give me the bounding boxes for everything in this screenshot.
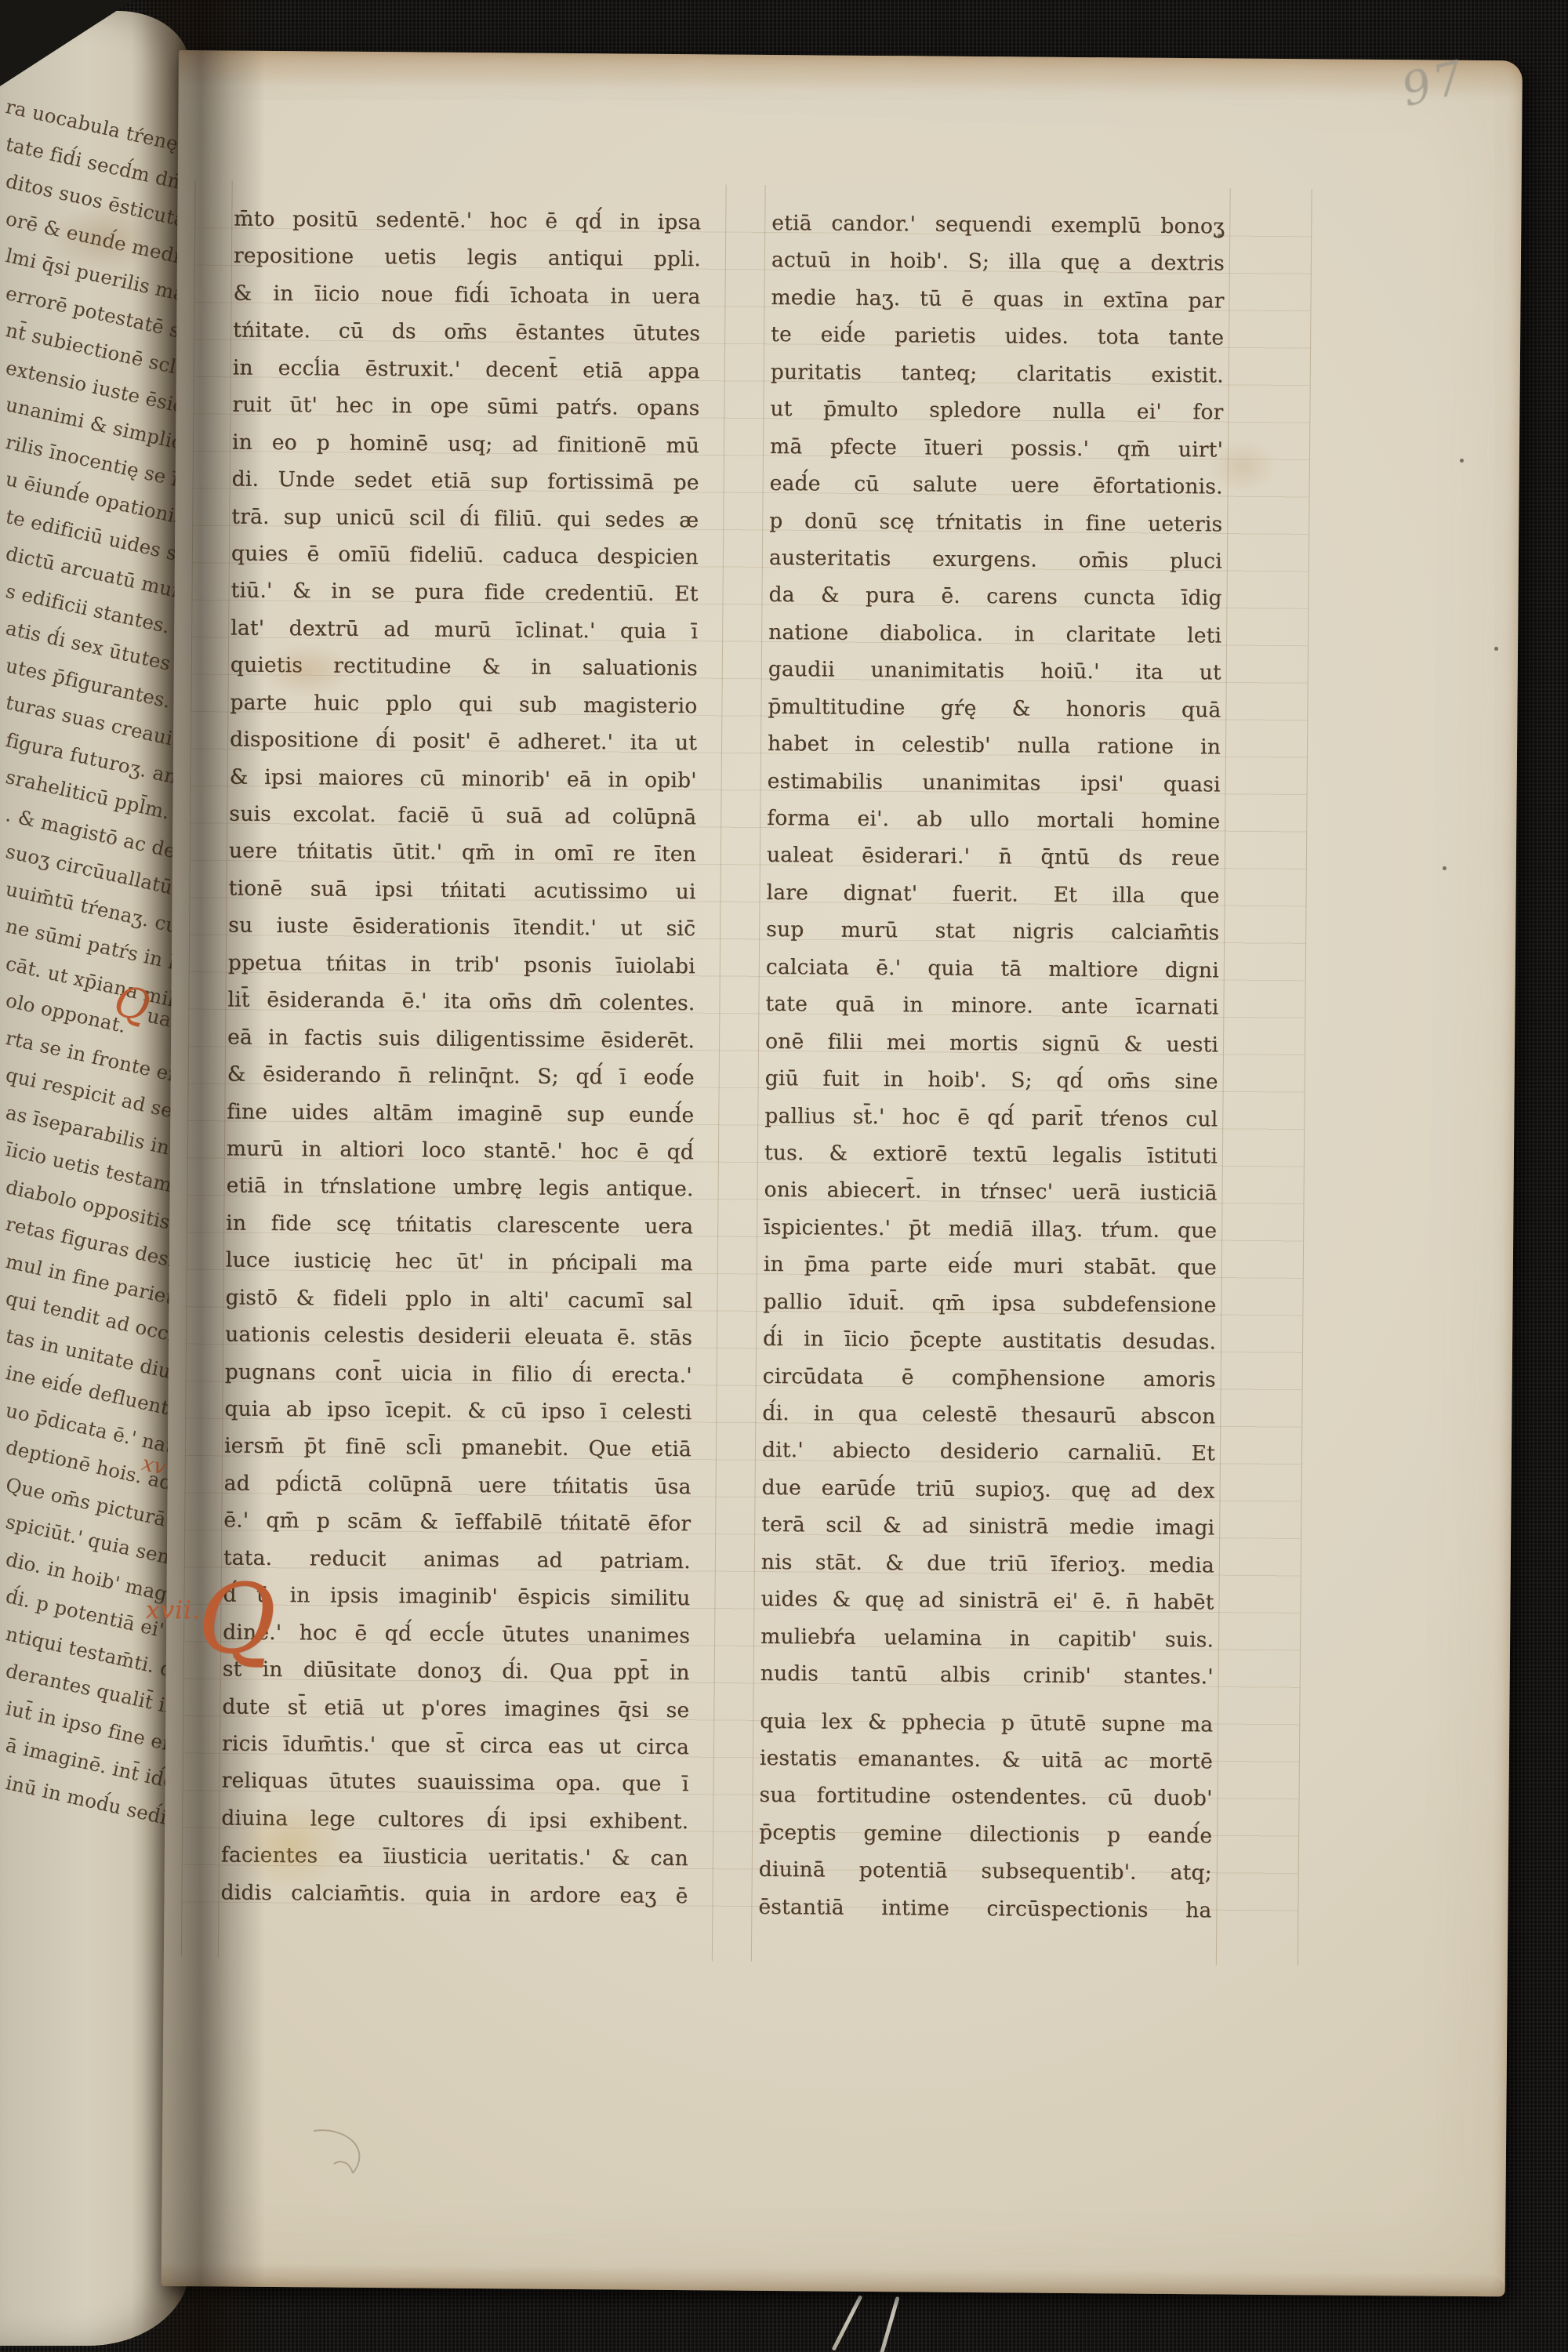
text-line: estimabilis unanimitas ipsi' quasi [768, 762, 1221, 803]
text-line: tate quā in minore. ante īcarnati [765, 985, 1218, 1026]
right-text-column: etiā candor.' sequendi exemplū bonoʒactu… [758, 205, 1225, 1929]
text-line: in p̄ma parte eid́e muri stabāt. que [764, 1246, 1217, 1287]
text-line: parte huic pplo qui sub magisterio [230, 684, 697, 724]
facing-page-text: ra uocabula tŕenę sertate fid́i secd́m d… [0, 86, 190, 1799]
text-line: & in īicio noue fid́i īchoata in uera [233, 274, 700, 315]
text-line: quia ab ipso īcepit. & cū ipso ī celesti [224, 1391, 691, 1432]
text-line: in eo p hominē usq; ad finitionē mū [232, 423, 699, 464]
text-line: fine uides altām imaginē sup eund́e [227, 1093, 694, 1134]
text-line: d́i. in qua celestē thesaurū abscon [762, 1395, 1215, 1436]
text-line: dispositione d́i posit' ē adheret.' ita … [230, 721, 697, 762]
chapter-number-xvii: xvii. [146, 1596, 201, 1624]
text-line: eā in factis suis diligentissime ēsiderē… [227, 1018, 695, 1059]
text-line: facientes ea īiusticia ueritatis.' & can [221, 1837, 688, 1878]
text-line: austeritatis exurgens. om̄is pluci [769, 539, 1222, 580]
text-line: īspicientes.' p̄t mediā illaʒ. tŕum. que [764, 1209, 1217, 1250]
text-line: giū fuit in hoib'. S; qd́ om̄s sine [765, 1060, 1218, 1101]
text-line: didis calciam̄tis. quia in ardore eaʒ ē [220, 1874, 688, 1915]
ink-speck [1494, 647, 1498, 651]
text-line: d́i in īicio p̄cepte austitatis desudas. [763, 1320, 1216, 1361]
text-line: m̄to positū sedentē.' hoc ē qd́ in ipsa [234, 201, 701, 241]
text-line: st̄ in diūsitate donoʒ d́i. Qua ppt̄ in [223, 1651, 690, 1692]
text-line: p donū scę tŕnitatis in fine ueteris [769, 502, 1222, 543]
text-line: uere tńitatis ūtit.' qm̄ in omī re īten [229, 833, 696, 873]
text-line: uationis celestis desiderii eleuata ē. s… [225, 1316, 692, 1357]
text-line: due earūd́e triū supioʒ. quę ad dex [761, 1469, 1214, 1510]
text-line: p̄ceptis gemine dilectionis p eand́e [759, 1814, 1212, 1855]
text-line: calciata ē.' quia tā maltiore digni [766, 949, 1219, 989]
text-line: iersm̄ p̄t finē scl̄i pmanebit. Que etiā [224, 1428, 691, 1468]
text-line: diuinā potentiā subsequentib'. atq; [759, 1851, 1212, 1892]
text-line: in eccĺia ēstruxit.' decent̄ etiā appa [233, 349, 700, 390]
ink-speck [1460, 459, 1464, 463]
text-line: habet in celestib' nulla ratione in [768, 725, 1221, 766]
pen-trial-mark [298, 2125, 384, 2211]
facing-page-strip: ra uocabula tŕenę sertate fid́i secd́m d… [0, 11, 190, 2346]
text-line: circūdata ē comp̄hensione amoris [763, 1357, 1216, 1398]
text-line: iestatis emanantes. & uitā ac mortē [760, 1740, 1213, 1780]
text-line: tiū.' & in se pura fide credentiū. Et [230, 572, 698, 613]
text-line: quietis rectitudine & in saluationis [230, 647, 698, 688]
text-line: & ēsiderando n̄ relinq̄nt. S; qd́ ī eod́… [227, 1056, 695, 1097]
text-line: actuū in hoib'. S; illa quę a dextris [771, 241, 1225, 282]
text-line: nis stāt. & due triū īferioʒ. media [761, 1544, 1214, 1584]
text-line: etiā in tŕnslatione umbrę legis antique. [226, 1167, 693, 1208]
text-line: ē.' qm̄ p scām & īeffabilē tńitatē ēfor [223, 1502, 691, 1543]
text-line: ruit ūt' hec in ope sūmi patŕs. opans [232, 387, 699, 427]
manuscript-page: m̄to positū sedentē.' hoc ē qd́ in ipsar… [162, 50, 1523, 2296]
text-line: di. Unde sedet etiā sup fortissimā pe [232, 461, 699, 502]
text-line: dit.' abiecto desiderio carnaliū. Et [762, 1432, 1215, 1472]
text-line: gaudii unanimitatis hoiū.' ita ut [768, 651, 1221, 691]
text-line: tionē suā ipsi tńitati acutissimo ui [228, 869, 695, 910]
text-line: ad pd́ictā colūpnā uere tńitatis ūsa [223, 1465, 691, 1505]
text-line: dute st̄ etiā ut p'ores imagines q̄si se [222, 1688, 689, 1729]
text-line: diuina lege cultores d́i ipsi exhibent. [221, 1799, 688, 1840]
text-line: lare dignat' fuerit. Et illa que [766, 874, 1219, 915]
ink-speck [1218, 234, 1221, 238]
text-line: tata. reducit animas ad patriam. [223, 1539, 691, 1580]
text-line: repositione uetis legis antiqui ppli. [234, 238, 701, 278]
text-line: ead́e cū salute uere ēfortationis. [769, 465, 1222, 506]
text-line: etiā candor.' sequendi exemplū bonoʒ [771, 205, 1225, 245]
text-line: luce iusticię hec ūt' in pńcipali ma [226, 1242, 693, 1283]
text-line: reliquas ūtutes suauissima opa. que ī [221, 1762, 688, 1803]
text-line: ut p̄multo spledore nulla ei' for [770, 390, 1223, 431]
text-line: quia lex & pphecia p ūtutē supne ma [760, 1702, 1213, 1743]
text-line: p̄multitudine gŕę & honoris quā [768, 688, 1221, 729]
text-line: su iuste ēsiderationis ītendit.' ut sic̄ [228, 907, 695, 948]
text-line: onis abiecert̄. in tŕnsec' uerā iusticiā [764, 1171, 1217, 1212]
text-line: medie haʒ. tū ē quas in extīna par [771, 279, 1224, 320]
text-line: tńitate. cū ds om̄s ēstantes ūtutes [233, 312, 700, 353]
text-line: pugnans cont̄ uicia in filio d́i erecta.… [225, 1353, 692, 1394]
text-line: suis excolat. faciē ū suā ad colūpnā [229, 796, 696, 837]
text-line: sup murū stat nigris calciam̄tis [766, 911, 1219, 952]
text-line: puritatis tanteq; claritatis existit. [771, 354, 1224, 394]
facing-initial-following: ua [145, 1004, 174, 1032]
text-line: mā pfecte ītueri possis.' qm̄ uirt' [770, 428, 1223, 469]
text-line: terā scil & ad sinistrā medie imagi [761, 1506, 1214, 1547]
ink-speck [1443, 866, 1446, 870]
text-line: da & pura ē. carens cuncta īdig [768, 576, 1221, 617]
text-line: trā. sup unicū scil d́i filiū. qui sedes… [231, 498, 699, 539]
text-line: gistō & fideli pplo in alti' cacumī sal [225, 1279, 692, 1319]
text-line: te eid́e parietis uides. tota tante [771, 316, 1224, 357]
text-line: sua fortitudine ostendentes. cū duob' [759, 1777, 1212, 1817]
text-line: natione diabolica. in claritate leti [768, 614, 1221, 655]
text-line: uides & quę ad sinistrā ei' ē. n̄ habēt [760, 1581, 1214, 1621]
text-line: pallius st̄.' hoc ē qd́ parit̄ tŕenos cu… [764, 1097, 1218, 1138]
text-line: ricis īdum̄tis.' que st̄ circa eas ut ci… [222, 1725, 689, 1766]
manuscript-photo: ra uocabula tŕenę sertate fid́i secd́m d… [0, 0, 1568, 2352]
text-line: & ipsi maiores cū minorib' eā in opib' [230, 758, 697, 799]
rubric-initial-q: Q [198, 1571, 276, 1667]
text-line: nudis tantū albis crinib' stantes.' [760, 1655, 1214, 1696]
text-line: d́ ū in ipsis imaginib' ēspicis similitu [223, 1577, 690, 1617]
text-line: tus. & extiorē textū legalis īstituti [764, 1134, 1218, 1175]
left-text-column: m̄to positū sedentē.' hoc ē qd́ in ipsar… [220, 201, 701, 1915]
text-line: pallio īduit̄. qm̄ ipsa subdefensione [763, 1283, 1216, 1324]
text-line: in fide scę tńitatis clarescente uera [226, 1204, 693, 1245]
text-line: onē filii mei mortis signū & uesti [765, 1023, 1218, 1064]
text-line: lit̄ ēsideranda ē.' ita om̄s dm̄ colente… [227, 982, 695, 1022]
text-line: murū in altiori loco stantē.' hoc ē qd́ [227, 1130, 694, 1171]
text-line: ppetua tńitas in trib' psonis īuiolabi [228, 944, 695, 985]
text-line: ualeat ēsiderari.' n̄ q̄ntū ds reue [767, 837, 1220, 877]
text-line: quies ē omīū fideliū. caduca despicien [231, 535, 699, 575]
text-line: ēstantiā intime circūspectionis ha [758, 1889, 1211, 1929]
text-line: muliebŕa uelamina in capitib' suis. [760, 1618, 1214, 1659]
text-line: forma ei'. ab ullo mortali homine [767, 800, 1220, 840]
text-line: lat' dextrū ad murū īclinat.' quia ī [230, 609, 698, 650]
text-line: dinē.' hoc ē qd́ eccĺe ūtutes unanimes [223, 1613, 690, 1654]
